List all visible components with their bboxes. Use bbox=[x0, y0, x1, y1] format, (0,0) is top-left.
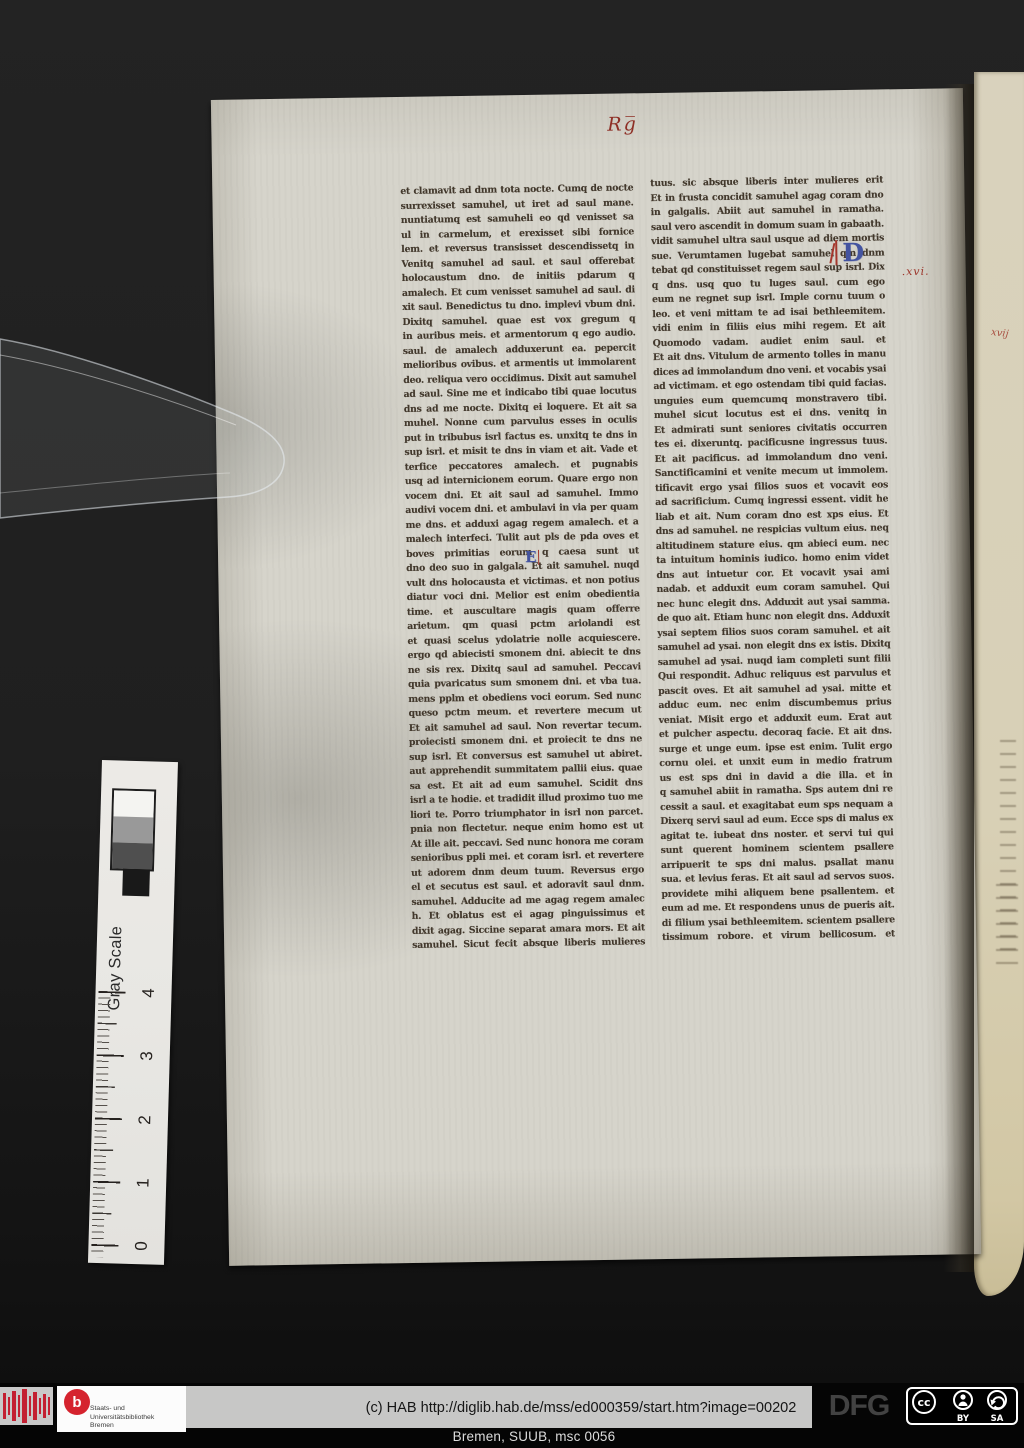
copyright-text: (c) HAB http://diglib.hab.de/mss/ed00035… bbox=[366, 1399, 797, 1416]
text-column-right: D tuus. sic absque liberis inter muliere… bbox=[650, 173, 895, 945]
suub-barcode-logo bbox=[0, 1387, 53, 1425]
text-line: Staats- und bbox=[90, 1405, 184, 1414]
grayscale-patch-mid bbox=[113, 816, 154, 843]
library-name: Staats- undUniversitätsbibliothekBremen bbox=[90, 1405, 184, 1431]
text-line: tissimum robore. et virum bellicosum. et… bbox=[662, 927, 895, 945]
copyright-bar: (c) HAB http://diglib.hab.de/mss/ed00035… bbox=[186, 1386, 812, 1428]
cc-label: cc bbox=[917, 1396, 930, 1409]
chapter-number-marginal: .xvi. bbox=[902, 265, 930, 278]
digitized-manuscript-viewer: xvij Rg̅ .xvi. E et clamavit ad dnm tota… bbox=[0, 0, 1024, 1448]
library-badge: b Staats- undUniversitätsbibliothekBreme… bbox=[57, 1386, 186, 1432]
library-logo-circle: b bbox=[64, 1389, 90, 1415]
fore-edge-text-marks bbox=[996, 884, 1018, 972]
decorated-initial-d: D bbox=[835, 240, 864, 265]
decorated-initial-e: E bbox=[525, 550, 540, 565]
running-header-rubric: Rg̅ bbox=[607, 113, 638, 135]
plastic-page-holder bbox=[0, 325, 320, 525]
footer-bar: b Staats- undUniversitätsbibliothekBreme… bbox=[0, 1383, 1024, 1448]
manuscript-page: Rg̅ .xvi. E et clamavit ad dnm tota noct… bbox=[211, 88, 981, 1266]
dfg-logo: DFG bbox=[810, 1389, 908, 1423]
text-line: samuhel. Sicut fecit absque liberis muli… bbox=[412, 935, 645, 953]
by-label: BY bbox=[957, 1414, 970, 1423]
image-caption: Bremen, SUUB, msc 0056 bbox=[0, 1429, 1024, 1444]
next-folio-edge: xvij bbox=[974, 72, 1024, 1296]
gutter-shadow bbox=[944, 84, 974, 1272]
text-line: Universitätsbibliothek bbox=[90, 1414, 184, 1423]
text-line: 3 bbox=[115, 1044, 179, 1068]
text-line: 4 bbox=[117, 981, 181, 1005]
sa-label: SA bbox=[991, 1414, 1004, 1423]
grayscale-card: Gray Scale 43210 bbox=[88, 760, 178, 1265]
grayscale-patch-white bbox=[113, 790, 154, 817]
grayscale-patches bbox=[110, 788, 156, 871]
cc-license-badge: cc BY SA bbox=[906, 1387, 1018, 1425]
text-line: 2 bbox=[113, 1108, 177, 1132]
next-folio-chapter-marker: xvij bbox=[990, 327, 1009, 340]
grayscale-patch-dark bbox=[112, 842, 153, 869]
text-line: 0 bbox=[109, 1234, 173, 1258]
by-person-icon bbox=[954, 1391, 972, 1409]
text-line: 1 bbox=[111, 1171, 175, 1195]
ruler-numbers: 43210 bbox=[130, 961, 161, 1278]
text-column-left: E et clamavit ad dnm tota nocte. Cumq de… bbox=[400, 181, 645, 953]
photo-area: xvij Rg̅ .xvi. E et clamavit ad dnm tota… bbox=[0, 0, 1024, 1383]
